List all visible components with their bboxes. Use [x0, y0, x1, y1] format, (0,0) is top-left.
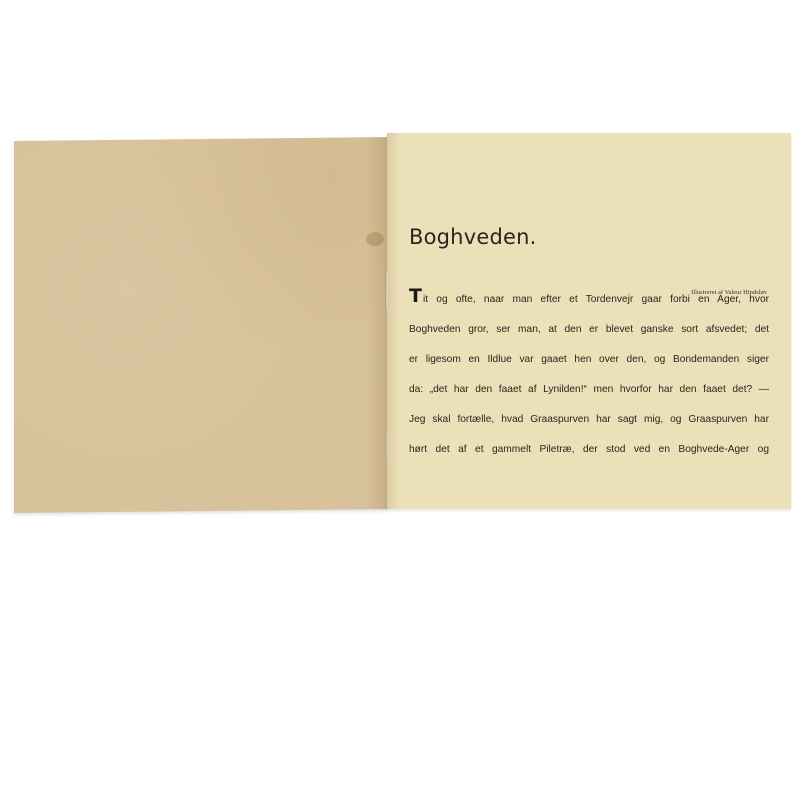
page-stain [366, 232, 384, 246]
drop-cap: T [409, 287, 422, 306]
left-page-cover [14, 137, 388, 513]
text-line: Boghveden gror, ser man, at den er bleve… [409, 315, 769, 345]
text-line: T it og ofte, naar man efter et Tordenve… [409, 285, 769, 315]
text-line: hørt det af et gammelt Piletræ, der stod… [409, 435, 769, 465]
text-line: da: „det har den faaet af Lynilden!“ men… [409, 375, 769, 405]
story-title: Boghveden. [409, 225, 536, 249]
text-line: Jeg skal fortælle, hvad Graaspurven har … [409, 405, 769, 435]
story-body: T it og ofte, naar man efter et Tordenve… [409, 285, 769, 465]
right-page: Boghveden. Illustreret af Valeur Hindslø… [387, 133, 791, 509]
text-line: er ligesom en Ildlue var gaaet hen over … [409, 345, 769, 375]
text-line-rest: it og ofte, naar man efter et Tordenvejr… [423, 285, 769, 315]
